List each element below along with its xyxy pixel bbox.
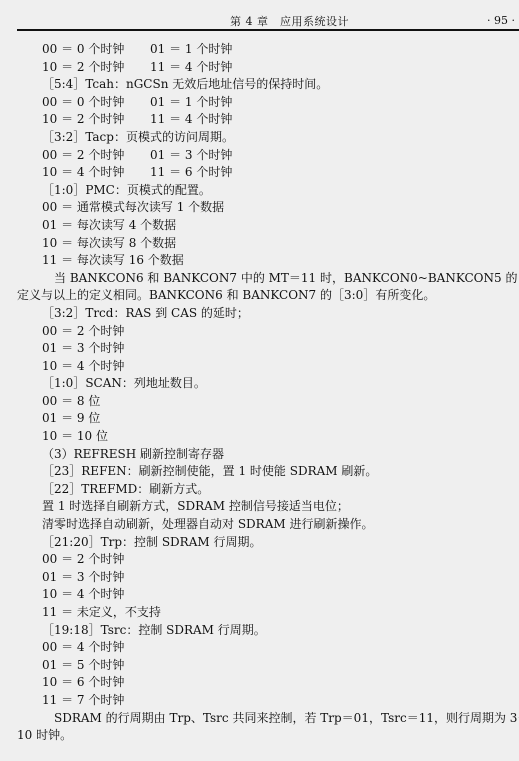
text-line: 清零时选择自动刷新，处理器自动对 SDRAM 进行刷新操作。 [17,516,512,534]
text-line: ［3:2］Tacp：页模式的访问周期。 [17,129,512,147]
text-line: ［19:18］Tsrc：控制 SDRAM 行周期。 [17,622,512,640]
paragraph-continuation: 定义与以上的定义相同。BANKCON6 和 BANKCON7 的［3:0］有所变… [17,287,512,305]
page-body: 00 ＝ 0 个时钟01 ＝ 1 个时钟10 ＝ 2 个时钟11 ＝ 4 个时钟… [17,41,512,745]
text-line: 01 ＝ 3 个时钟 [17,569,512,587]
text-line: ［22］TREFMD：刷新方式。 [17,481,512,499]
value-option: 01 ＝ 1 个时钟 [150,41,232,59]
value-pair-line: 10 ＝ 2 个时钟11 ＝ 4 个时钟 [17,59,512,77]
text-line: 01 ＝ 9 位 [17,410,512,428]
value-option: 11 ＝ 4 个时钟 [150,59,232,77]
text-line: 01 ＝ 5 个时钟 [17,657,512,675]
text-line: 10 ＝ 6 个时钟 [17,674,512,692]
text-line: 00 ＝ 2 个时钟 [17,551,512,569]
text-line: 11 ＝ 每次读写 16 个数据 [17,252,512,270]
header-rule [17,29,519,31]
value-pair-line: 00 ＝ 2 个时钟01 ＝ 3 个时钟 [17,147,512,165]
value-option: 11 ＝ 4 个时钟 [150,111,232,129]
value-pair-line: 00 ＝ 0 个时钟01 ＝ 1 个时钟 [17,41,512,59]
paragraph-line: 当 BANKCON6 和 BANKCON7 中的 MT＝11 时，BANKCON… [17,270,512,288]
value-option: 11 ＝ 6 个时钟 [150,164,232,182]
text-line: 00 ＝ 8 位 [17,393,512,411]
page-header: 第 4 章 应用系统设计 · 95 · [17,9,519,29]
page-number: · 95 · [487,14,515,27]
text-line: （3）REFRESH 刷新控制寄存器 [17,446,512,464]
paragraph-continuation: 10 时钟。 [17,727,512,745]
text-line: 11 ＝ 未定义，不支持 [17,604,512,622]
text-line: 10 ＝ 4 个时钟 [17,586,512,604]
value-option: 00 ＝ 0 个时钟 [42,41,150,59]
value-option: 10 ＝ 4 个时钟 [42,164,150,182]
text-line: 11 ＝ 7 个时钟 [17,692,512,710]
value-option: 10 ＝ 2 个时钟 [42,59,150,77]
value-pair-line: 00 ＝ 0 个时钟01 ＝ 1 个时钟 [17,94,512,112]
text-line: ［23］REFEN：刷新控制使能，置 1 时使能 SDRAM 刷新。 [17,463,512,481]
text-line: 01 ＝ 3 个时钟 [17,340,512,358]
text-line: ［5:4］Tcah：nGCSn 无效后地址信号的保持时间。 [17,76,512,94]
value-pair-line: 10 ＝ 2 个时钟11 ＝ 4 个时钟 [17,111,512,129]
value-pair-line: 10 ＝ 4 个时钟11 ＝ 6 个时钟 [17,164,512,182]
text-line: ［1:0］PMC：页模式的配置。 [17,182,512,200]
chapter-title: 第 4 章 应用系统设计 [230,13,349,29]
text-line: 10 ＝ 10 位 [17,428,512,446]
value-option: 00 ＝ 0 个时钟 [42,94,150,112]
text-line: 01 ＝ 每次读写 4 个数据 [17,217,512,235]
value-option: 10 ＝ 2 个时钟 [42,111,150,129]
text-line: 10 ＝ 4 个时钟 [17,358,512,376]
paragraph-line: SDRAM 的行周期由 Trp、Tsrc 共同来控制，若 Trp＝01，Tsrc… [17,710,512,728]
value-option: 01 ＝ 1 个时钟 [150,94,232,112]
value-option: 00 ＝ 2 个时钟 [42,147,150,165]
text-line: 10 ＝ 每次读写 8 个数据 [17,235,512,253]
text-line: ［1:0］SCAN：列地址数目。 [17,375,512,393]
text-line: ［3:2］Trcd：RAS 到 CAS 的延时； [17,305,512,323]
text-line: 置 1 时选择自刷新方式，SDRAM 控制信号接适当电位； [17,498,512,516]
text-line: ［21:20］Trp：控制 SDRAM 行周期。 [17,534,512,552]
text-line: 00 ＝ 4 个时钟 [17,639,512,657]
value-option: 01 ＝ 3 个时钟 [150,147,232,165]
text-line: 00 ＝ 2 个时钟 [17,323,512,341]
text-line: 00 ＝ 通常模式每次读写 1 个数据 [17,199,512,217]
